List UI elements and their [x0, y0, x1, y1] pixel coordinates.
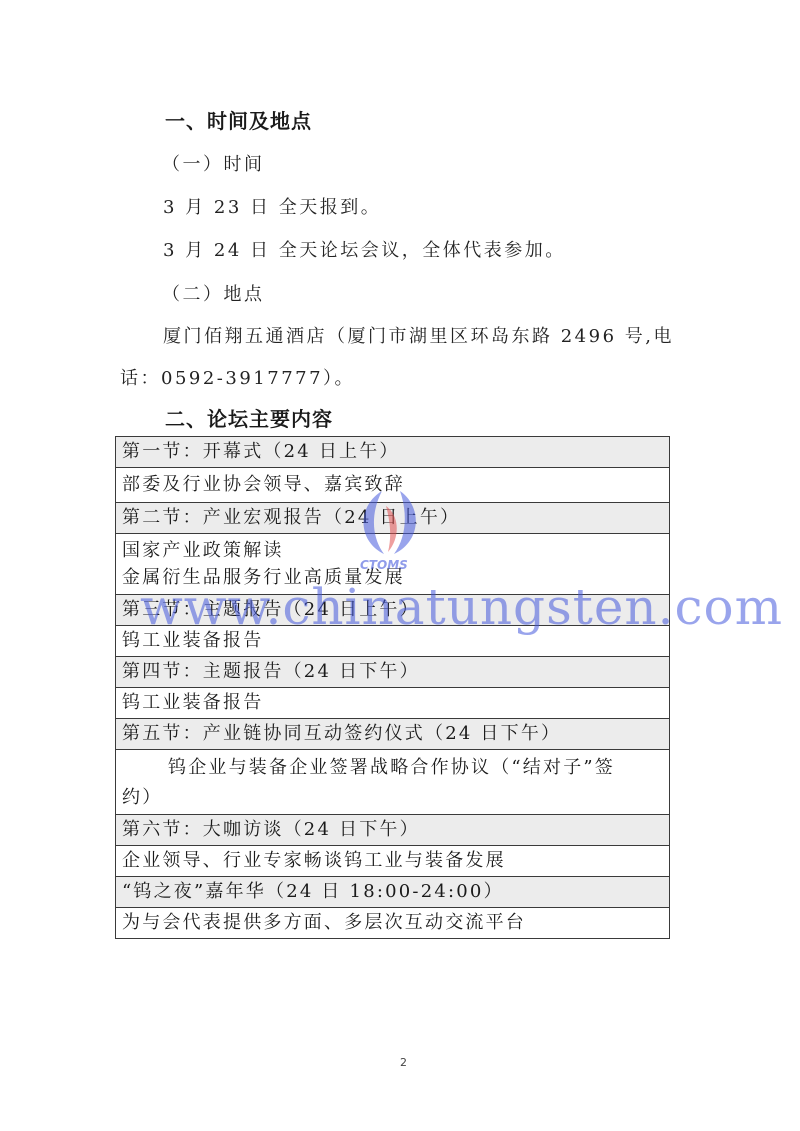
section-heading-time-place: 一、时间及地点 — [165, 105, 312, 134]
session-title: 第一节：开幕式（24 日上午） — [116, 437, 670, 468]
session-item: 部委及行业协会领导、嘉宾致辞 — [122, 468, 663, 502]
agenda-session-row: 第四节：主题报告（24 日下午） — [116, 657, 670, 688]
agenda-session-row: 第二节：产业宏观报告（24 日上午） — [116, 503, 670, 534]
agenda-session-row: “钨之夜”嘉年华（24 日 18:00-24:00） — [116, 877, 670, 908]
session-title: 第二节：产业宏观报告（24 日上午） — [116, 503, 670, 534]
session-title: 第四节：主题报告（24 日下午） — [116, 657, 670, 688]
section-heading-forum-content: 二、论坛主要内容 — [165, 403, 333, 432]
session-title: 第六节：大咖访谈（24 日下午） — [116, 815, 670, 846]
subheading-place: （二）地点 — [162, 280, 265, 306]
session-item: 为与会代表提供多方面、多层次互动交流平台 — [122, 908, 663, 938]
session-item-continued: 约） — [122, 784, 663, 812]
agenda-session-row: 第六节：大咖访谈（24 日下午） — [116, 815, 670, 846]
time-line-1: 3 月 23 日 全天报到。 — [163, 193, 381, 219]
time-line-2: 3 月 24 日 全天论坛会议，全体代表参加。 — [163, 236, 566, 262]
agenda-item-row: 部委及行业协会领导、嘉宾致辞 — [116, 468, 670, 503]
session-item: 国家产业政策解读 — [122, 537, 663, 564]
agenda-table: 第一节：开幕式（24 日上午） 部委及行业协会领导、嘉宾致辞 第二节：产业宏观报… — [115, 436, 670, 939]
document-page: 一、时间及地点 （一）时间 3 月 23 日 全天报到。 3 月 24 日 全天… — [0, 0, 800, 1131]
agenda-session-row: 第五节：产业链协同互动签约仪式（24 日下午） — [116, 719, 670, 750]
session-item: 金属衍生品服务行业高质量发展 — [122, 564, 663, 591]
place-line-1: 厦门佰翔五通酒店（厦门市湖里区环岛东路 2496 号,电 — [163, 322, 674, 348]
agenda-item-row: 国家产业政策解读 金属衍生品服务行业高质量发展 — [116, 534, 670, 595]
agenda-item-row: 钨工业装备报告 — [116, 626, 670, 657]
session-title: 第五节：产业链协同互动签约仪式（24 日下午） — [116, 719, 670, 750]
place-line-2: 话：0592-3917777）。 — [120, 364, 355, 390]
session-item: 企业领导、行业专家畅谈钨工业与装备发展 — [122, 846, 663, 876]
subheading-time: （一）时间 — [162, 150, 265, 176]
agenda-item-row: 钨工业装备报告 — [116, 688, 670, 719]
agenda-item-row: 企业领导、行业专家畅谈钨工业与装备发展 — [116, 846, 670, 877]
session-item: 钨工业装备报告 — [122, 626, 663, 656]
agenda-item-row: 钨企业与装备企业签署战略合作协议（“结对子”签 约） — [116, 750, 670, 815]
agenda-session-row: 第一节：开幕式（24 日上午） — [116, 437, 670, 468]
page-number: 2 — [400, 1056, 407, 1069]
session-item: 钨工业装备报告 — [122, 688, 663, 718]
session-title: “钨之夜”嘉年华（24 日 18:00-24:00） — [116, 877, 670, 908]
session-item: 钨企业与装备企业签署战略合作协议（“结对子”签 — [122, 752, 663, 784]
agenda-session-row: 第三节：主题报告（24 日上午） — [116, 595, 670, 626]
session-title: 第三节：主题报告（24 日上午） — [116, 595, 670, 626]
agenda-item-row: 为与会代表提供多方面、多层次互动交流平台 — [116, 908, 670, 939]
